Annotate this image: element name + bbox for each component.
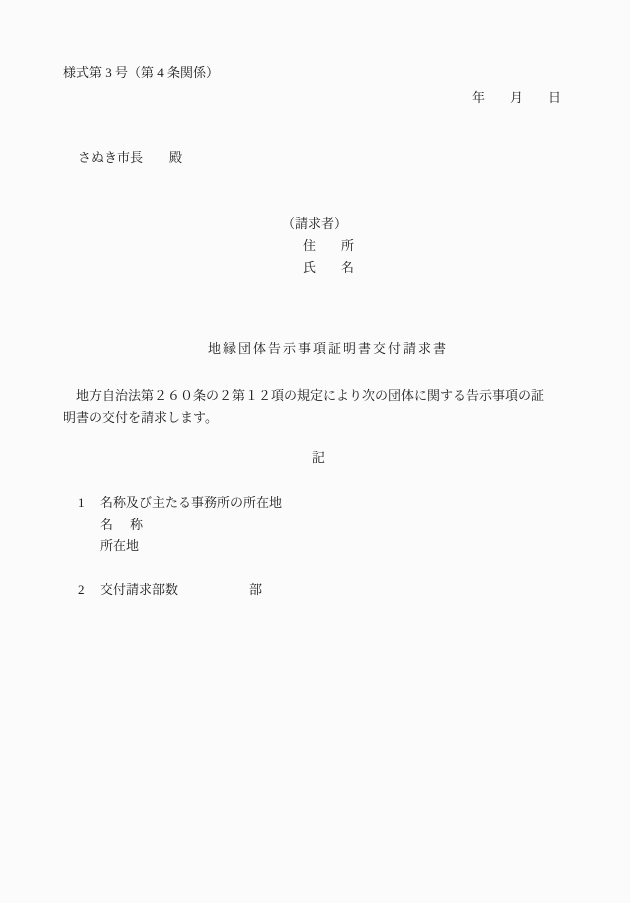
document-page: 様式第 3 号（第 4 条関係） 年 月 日 さぬき市長 殿 （請求者） 住 所…	[0, 0, 630, 903]
item-1-number: 1	[78, 496, 100, 510]
requester-address-label: 住 所	[303, 239, 360, 253]
body-line-2: 明書の交付を請求します。	[63, 411, 218, 425]
item-2-number: 2	[78, 583, 100, 597]
item-2-unit-label: 部	[249, 583, 262, 597]
ki-label: 記	[312, 451, 325, 465]
item-2-row: 2 交付請求部数 部	[78, 583, 262, 597]
form-number: 様式第 3 号（第 4 条関係）	[63, 66, 219, 80]
body-line-1: 地方自治法第２６０条の２第１２項の規定により次の団体に関する告示事項の証	[63, 389, 544, 403]
item-1-location-field-label: 所在地	[100, 539, 139, 553]
requester-label: （請求者）	[282, 217, 347, 231]
date-line: 年 月 日	[472, 91, 567, 105]
document-title: 地縁団体告示事項証明書交付請求書	[208, 342, 448, 356]
item-1-name-field-label: 名 称	[100, 518, 145, 532]
addressee-line: さぬき市長 殿	[78, 151, 182, 165]
requester-name-label: 氏 名	[303, 261, 360, 275]
item-1-label: 名称及び主たる事務所の所在地	[100, 496, 282, 510]
item-2-label: 交付請求部数	[100, 583, 178, 597]
item-1-row: 1 名称及び主たる事務所の所在地	[78, 496, 282, 510]
